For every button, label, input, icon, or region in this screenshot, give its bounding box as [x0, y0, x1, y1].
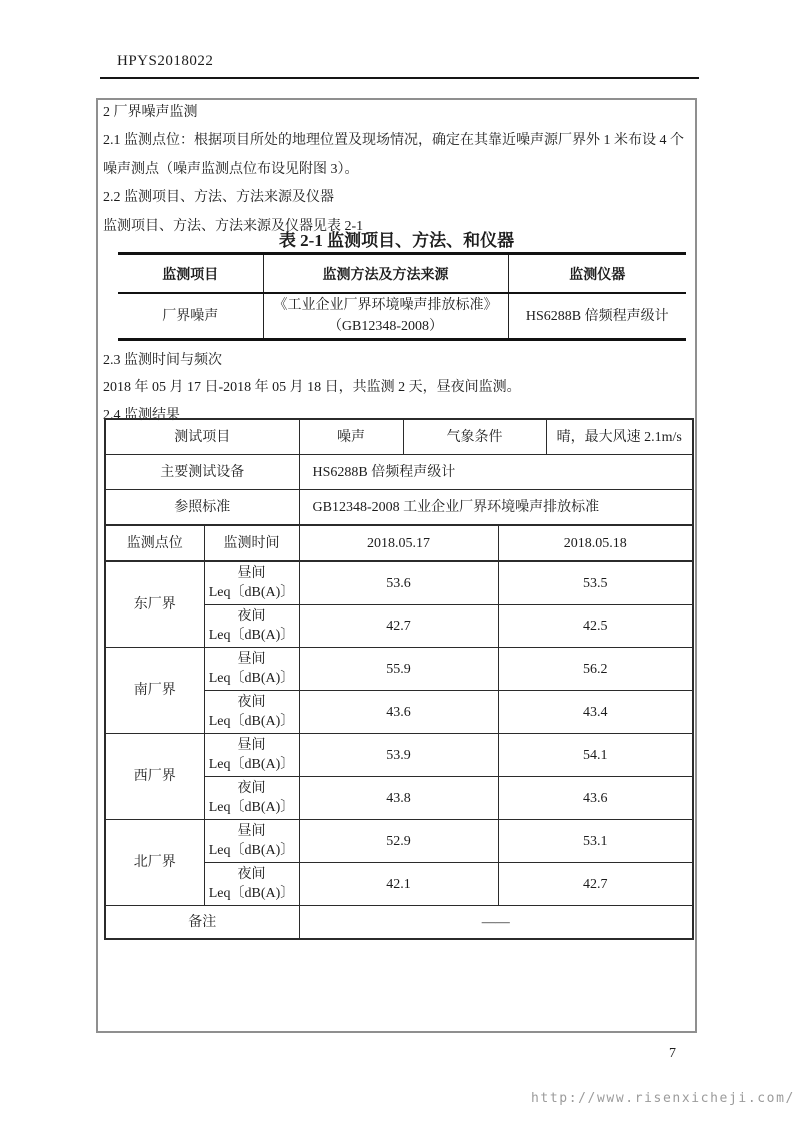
period-night-leq: 夜间 Leq〔dB(A)〕	[204, 605, 299, 648]
site-west-day-row: 西厂界 昼间 Leq〔dB(A)〕 53.9 54.1	[105, 734, 693, 777]
period-day-leq: 昼间 Leq〔dB(A)〕	[204, 648, 299, 691]
east-day-value-1: 53.6	[299, 561, 498, 605]
leq-unit-label: Leq〔dB(A)〕	[205, 841, 299, 860]
east-night-value-1: 42.7	[299, 605, 498, 648]
monitoring-results-table: 测试项目 噪声 气象条件 晴，最大风速 2.1m/s 主要测试设备 HS6288…	[104, 418, 694, 940]
weather-value: 晴，最大风速 2.1m/s	[546, 419, 693, 455]
document-code: HPYS2018022	[117, 53, 213, 70]
method-standard-code: （GB12348-2008）	[264, 316, 508, 337]
period-day-leq: 昼间 Leq〔dB(A)〕	[204, 561, 299, 605]
section-2-1-line1: 2.1 监测点位：根据项目所处的地理位置及现场情况，确定在其靠近噪声源厂界外 1…	[103, 127, 691, 155]
period-day-label: 昼间	[205, 822, 299, 841]
period-night-label: 夜间	[205, 693, 299, 712]
site-name-west: 西厂界	[105, 734, 204, 820]
equipment-value: HS6288B 倍频程声级计	[299, 455, 693, 490]
header-rule	[100, 77, 699, 79]
table-2-1-data-row: 厂界噪声 《工业企业厂界环境噪声排放标准》 （GB12348-2008） HS6…	[118, 293, 686, 340]
intro-paragraphs: 2 厂界噪声监测 2.1 监测点位：根据项目所处的地理位置及现场情况，确定在其靠…	[103, 99, 691, 241]
period-day-label: 昼间	[205, 564, 299, 583]
south-day-value-2: 56.2	[498, 648, 693, 691]
section-2-2-title: 2.2 监测项目、方法、方法来源及仪器	[103, 184, 691, 212]
point-label: 监测点位	[105, 525, 204, 561]
west-night-value-1: 43.8	[299, 777, 498, 820]
table-2-1-title: 表 2-1 监测项目、方法、和仪器	[96, 226, 697, 251]
page-number: 7	[669, 1046, 676, 1062]
north-day-value-1: 52.9	[299, 820, 498, 863]
leq-unit-label: Leq〔dB(A)〕	[205, 669, 299, 688]
period-night-leq: 夜间 Leq〔dB(A)〕	[204, 777, 299, 820]
date-1-header: 2018.05.17	[299, 525, 498, 561]
site-north-day-row: 北厂界 昼间 Leq〔dB(A)〕 52.9 53.1	[105, 820, 693, 863]
cell-method: 《工业企业厂界环境噪声排放标准》 （GB12348-2008）	[263, 293, 508, 340]
period-night-leq: 夜间 Leq〔dB(A)〕	[204, 691, 299, 734]
period-day-label: 昼间	[205, 736, 299, 755]
date-header-row: 监测点位 监测时间 2018.05.17 2018.05.18	[105, 525, 693, 561]
section-2-3-title: 2.3 监测时间与频次	[103, 347, 691, 374]
period-day-leq: 昼间 Leq〔dB(A)〕	[204, 734, 299, 777]
col-header-item: 监测项目	[118, 254, 263, 294]
leq-unit-label: Leq〔dB(A)〕	[205, 755, 299, 774]
south-night-value-1: 43.6	[299, 691, 498, 734]
site-east-day-row: 东厂界 昼间 Leq〔dB(A)〕 53.6 53.5	[105, 561, 693, 605]
south-night-value-2: 43.4	[498, 691, 693, 734]
equipment-row: 主要测试设备 HS6288B 倍频程声级计	[105, 455, 693, 490]
col-header-instrument: 监测仪器	[508, 254, 686, 294]
test-item-row: 测试项目 噪声 气象条件 晴，最大风速 2.1m/s	[105, 419, 693, 455]
remark-label: 备注	[105, 906, 299, 940]
equipment-label: 主要测试设备	[105, 455, 299, 490]
west-day-value-1: 53.9	[299, 734, 498, 777]
site-name-north: 北厂界	[105, 820, 204, 906]
east-day-value-2: 53.5	[498, 561, 693, 605]
test-item-label: 测试项目	[105, 419, 299, 455]
period-day-label: 昼间	[205, 650, 299, 669]
standard-label: 参照标准	[105, 490, 299, 526]
col-header-method: 监测方法及方法来源	[263, 254, 508, 294]
cell-instrument: HS6288B 倍频程声级计	[508, 293, 686, 340]
leq-unit-label: Leq〔dB(A)〕	[205, 798, 299, 817]
leq-unit-label: Leq〔dB(A)〕	[205, 712, 299, 731]
weather-label: 气象条件	[403, 419, 546, 455]
standard-row: 参照标准 GB12348-2008 工业企业厂界环境噪声排放标准	[105, 490, 693, 526]
period-night-label: 夜间	[205, 779, 299, 798]
south-day-value-1: 55.9	[299, 648, 498, 691]
standard-value: GB12348-2008 工业企业厂界环境噪声排放标准	[299, 490, 693, 526]
site-south-day-row: 南厂界 昼间 Leq〔dB(A)〕 55.9 56.2	[105, 648, 693, 691]
leq-unit-label: Leq〔dB(A)〕	[205, 626, 299, 645]
remark-value: ——	[299, 906, 693, 940]
section-2-1-line2: 噪声测点（噪声监测点位布设见附图 3）。	[103, 156, 691, 184]
section-2-title: 2 厂界噪声监测	[103, 99, 691, 127]
west-night-value-2: 43.6	[498, 777, 693, 820]
period-day-leq: 昼间 Leq〔dB(A)〕	[204, 820, 299, 863]
table-2-1-header-row: 监测项目 监测方法及方法来源 监测仪器	[118, 254, 686, 294]
section-2-3-body: 2018 年 05 月 17 日-2018 年 05 月 18 日，共监测 2 …	[103, 374, 691, 401]
table-2-1: 监测项目 监测方法及方法来源 监测仪器 厂界噪声 《工业企业厂界环境噪声排放标准…	[118, 252, 686, 341]
site-name-east: 东厂界	[105, 561, 204, 648]
leq-unit-label: Leq〔dB(A)〕	[205, 884, 299, 903]
method-standard-name: 《工业企业厂界环境噪声排放标准》	[264, 295, 508, 316]
north-day-value-2: 53.1	[498, 820, 693, 863]
period-night-leq: 夜间 Leq〔dB(A)〕	[204, 863, 299, 906]
test-item-value: 噪声	[299, 419, 403, 455]
cell-item: 厂界噪声	[118, 293, 263, 340]
period-night-label: 夜间	[205, 865, 299, 884]
period-night-label: 夜间	[205, 607, 299, 626]
watermark-url: http://www.risenxicheji.com/	[531, 1091, 795, 1106]
north-night-value-1: 42.1	[299, 863, 498, 906]
north-night-value-2: 42.7	[498, 863, 693, 906]
east-night-value-2: 42.5	[498, 605, 693, 648]
mid-paragraphs: 2.3 监测时间与频次 2018 年 05 月 17 日-2018 年 05 月…	[103, 347, 691, 429]
remark-row: 备注 ——	[105, 906, 693, 940]
time-label: 监测时间	[204, 525, 299, 561]
west-day-value-2: 54.1	[498, 734, 693, 777]
site-name-south: 南厂界	[105, 648, 204, 734]
leq-unit-label: Leq〔dB(A)〕	[205, 583, 299, 602]
date-2-header: 2018.05.18	[498, 525, 693, 561]
